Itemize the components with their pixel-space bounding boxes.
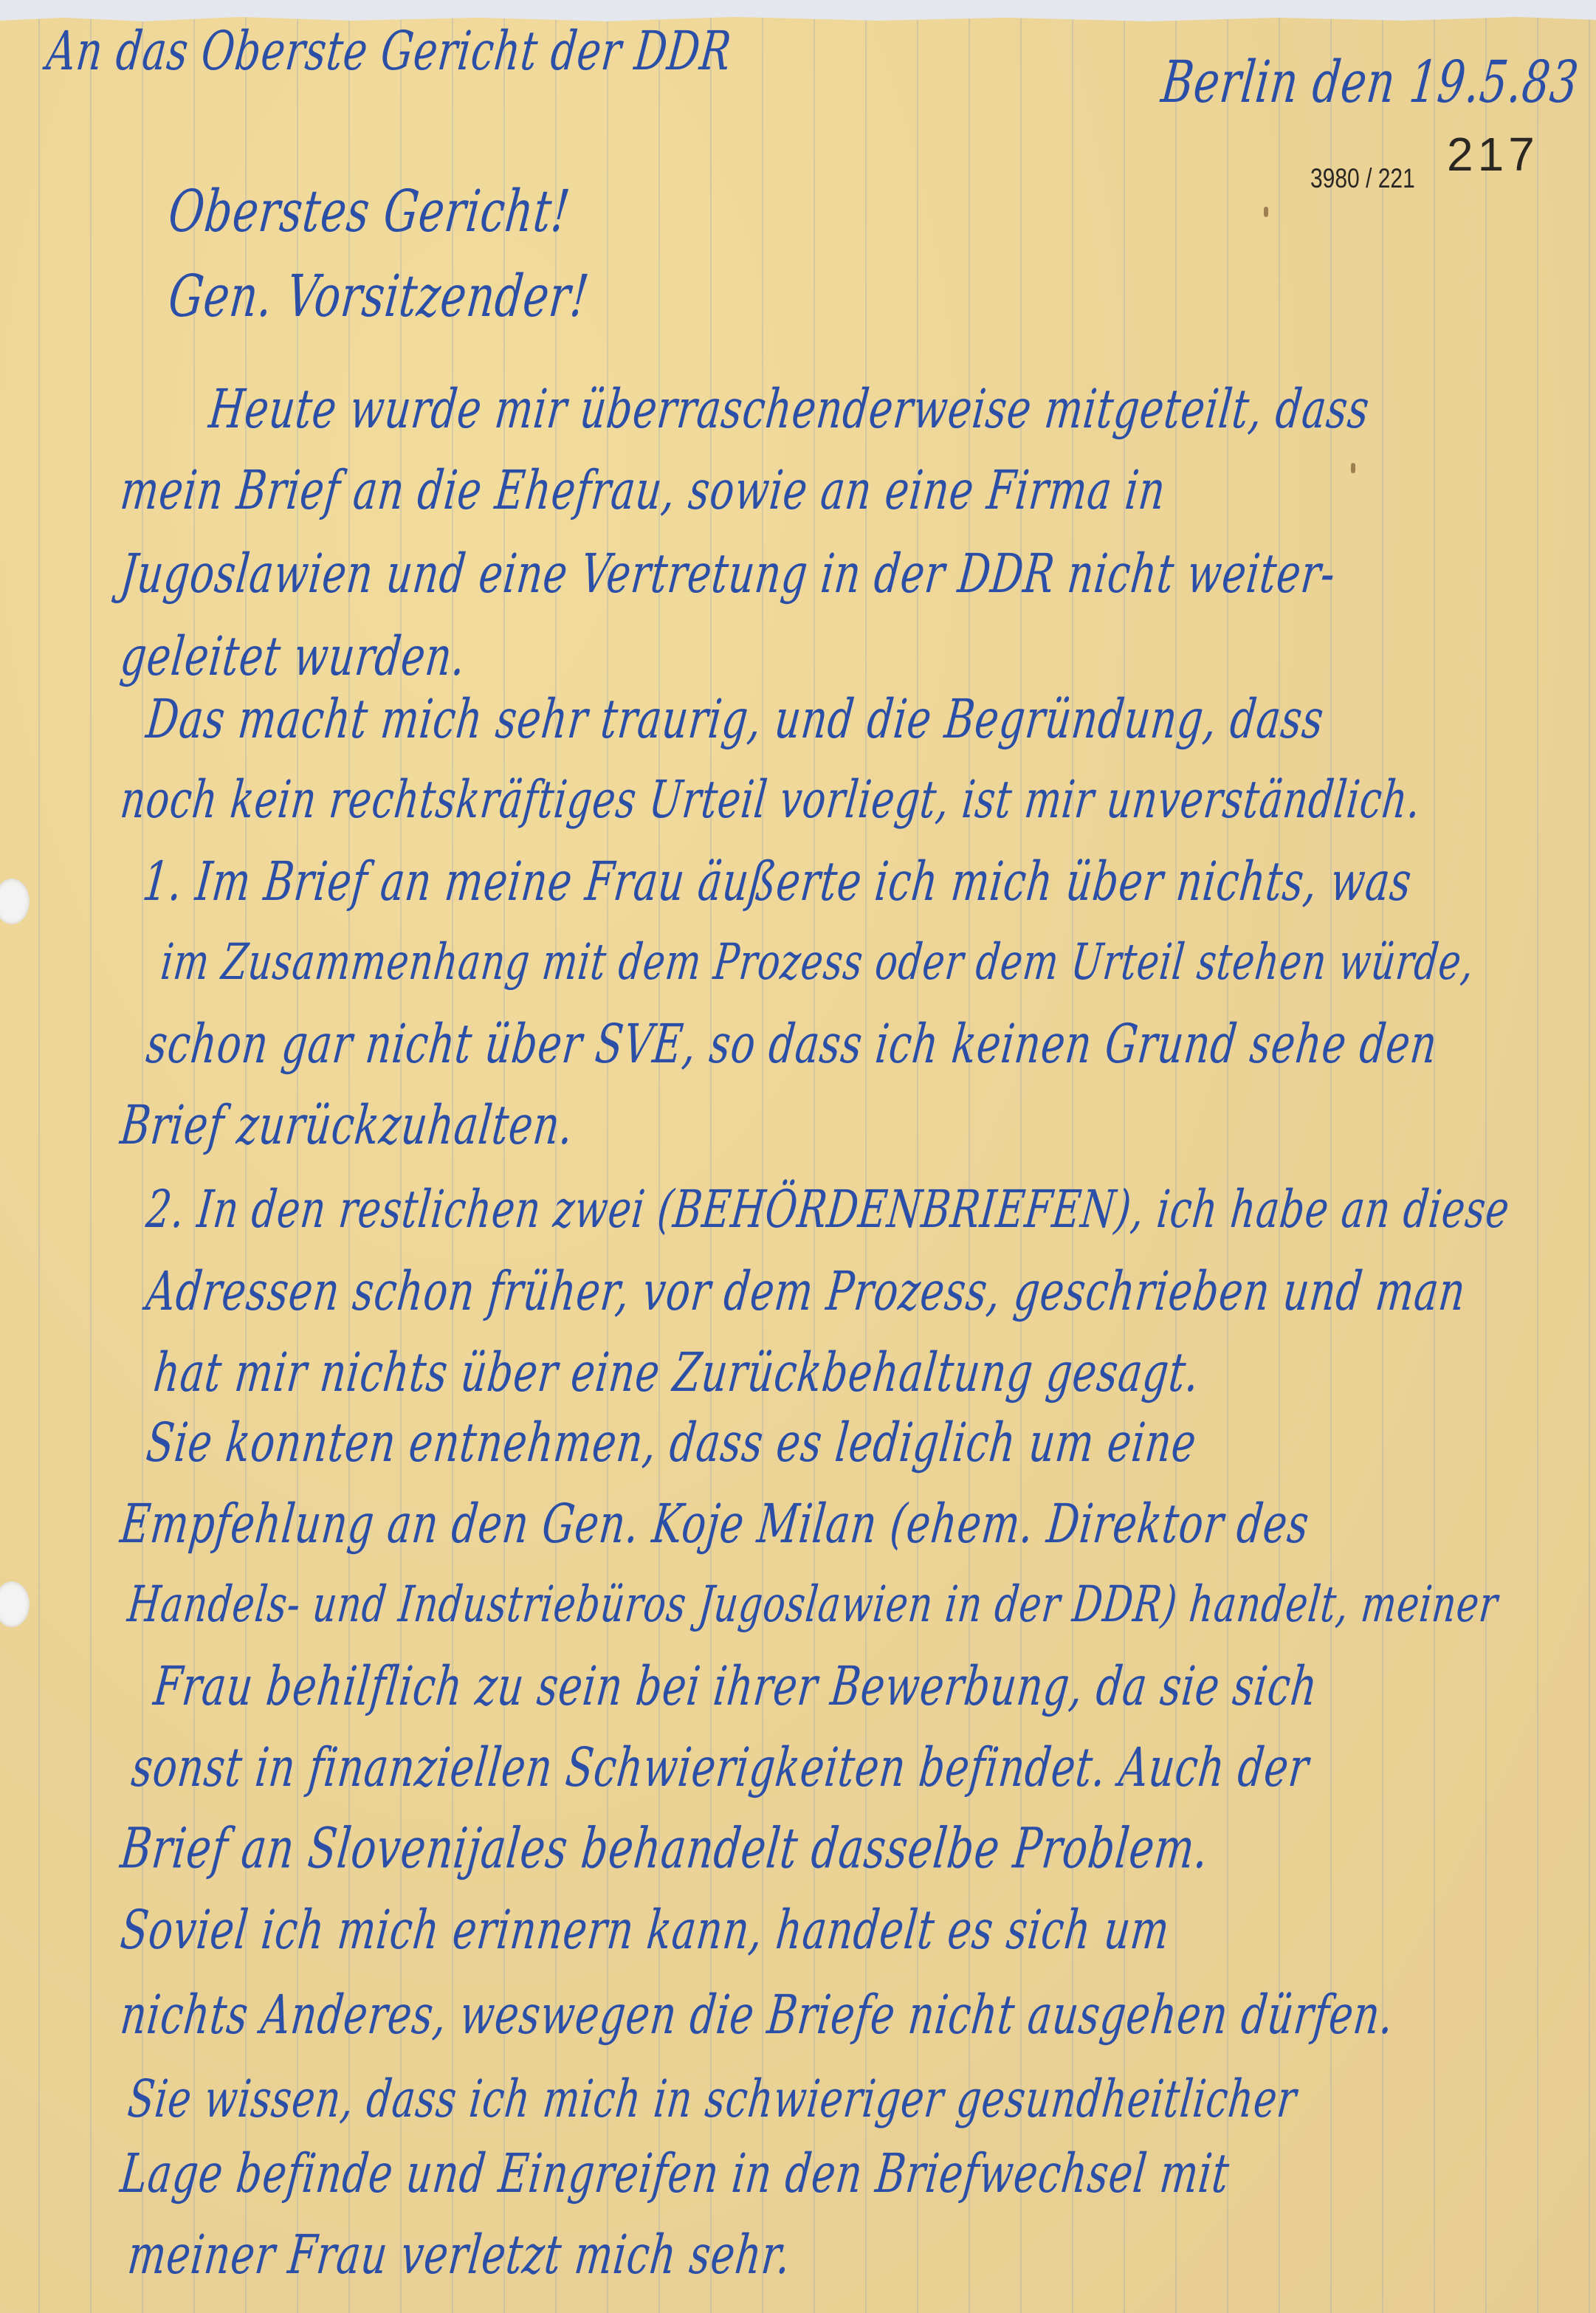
body-line: schon gar nicht über SVE, so dass ich ke… xyxy=(144,1017,1440,1071)
body-line: geleitet wurden. xyxy=(118,630,468,684)
body-line: Lage befinde und Eingreifen in den Brief… xyxy=(118,2147,1232,2201)
punch-hole xyxy=(0,1581,30,1627)
paper-speck xyxy=(1351,463,1355,473)
body-line: 2. In den restlichen zwei (BEHÖRDENBRIEF… xyxy=(144,1184,1512,1236)
punch-hole xyxy=(0,879,30,924)
recipient-line: An das Oberste Gericht der DDR xyxy=(44,24,734,78)
body-line: Sie konnten entnehmen, dass es lediglich… xyxy=(144,1416,1199,1470)
archive-reference: 3980 / 221 xyxy=(1310,164,1415,196)
salutation-line: Oberstes Gericht! xyxy=(166,182,573,240)
body-line: nichts Anderes, weswegen die Briefe nich… xyxy=(118,1988,1397,2042)
body-line: Frau behilflich zu sein bei ihrer Bewerb… xyxy=(151,1660,1320,1714)
place-date: Berlin den 19.5.83 xyxy=(1159,53,1581,111)
body-line: im Zusammenhang mit dem Prozess oder dem… xyxy=(159,938,1476,988)
body-line: Handels- und Industriebüros Jugoslawien … xyxy=(125,1580,1501,1630)
letter-paper: An das Oberste Gericht der DDR Berlin de… xyxy=(0,16,1596,2313)
body-line: Jugoslawien und eine Vertretung in der D… xyxy=(118,547,1338,601)
body-line: Heute wurde mir überraschenderweise mitg… xyxy=(207,382,1372,436)
body-line: Adressen schon früher, vor dem Prozess, … xyxy=(144,1265,1468,1319)
body-line: Soviel ich mich erinnern kann, handelt e… xyxy=(118,1903,1172,1957)
body-line: Das macht mich sehr traurig, und die Beg… xyxy=(144,692,1327,746)
body-line: meiner Frau verletzt mich sehr. xyxy=(125,2228,794,2282)
body-line: 1. Im Brief an meine Frau äußerte ich mi… xyxy=(140,855,1414,909)
archive-page-number: 217 xyxy=(1447,127,1539,182)
body-line: sonst in finanziellen Schwierigkeiten be… xyxy=(129,1741,1312,1795)
body-line: Empfehlung an den Gen. Koje Milan (ehem.… xyxy=(118,1497,1312,1551)
scanned-letter: An das Oberste Gericht der DDR Berlin de… xyxy=(0,0,1596,2313)
body-line: Sie wissen, dass ich mich in schwieriger… xyxy=(125,2074,1299,2125)
body-line: noch kein rechtskräftiges Urteil vorlieg… xyxy=(118,774,1423,826)
body-line: Brief zurückzuhalten. xyxy=(118,1099,576,1152)
body-line: hat mir nichts über eine Zurückbehaltung… xyxy=(151,1346,1202,1400)
salutation-line: Gen. Vorsitzender! xyxy=(166,267,592,325)
paper-speck xyxy=(1264,207,1268,217)
body-line: mein Brief an die Ehefrau, sowie an eine… xyxy=(118,464,1169,518)
body-line: Brief an Slovenijales behandelt dasselbe… xyxy=(118,1821,1211,1877)
